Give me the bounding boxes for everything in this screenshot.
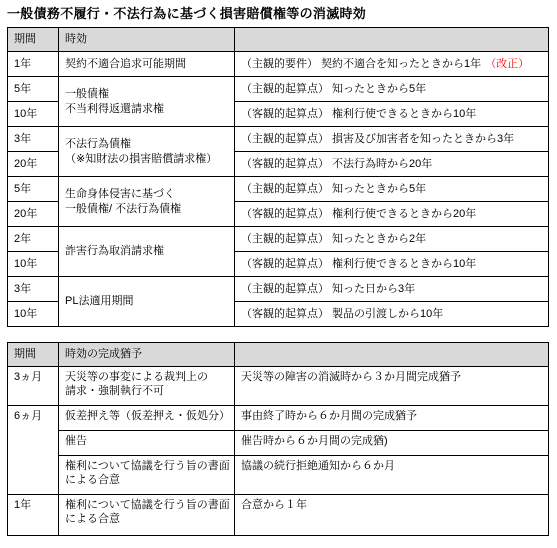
detail-cell: （客観的起算点） 権利行使できるときから20年	[235, 202, 549, 227]
table-row: 1年 契約不適合追求可能期間 （主観的要件） 契約不適合を知ったときから1年（改…	[8, 52, 549, 77]
detail-cell: 事由終了時から６か月間の完成猶予	[235, 406, 549, 431]
period-cell: 1年	[8, 52, 59, 77]
period-cell: 5年	[8, 77, 59, 102]
page-title: 一般債務不履行・不法行為に基づく損害賠償権等の消滅時効	[7, 3, 557, 22]
table1-header-detail	[235, 28, 549, 52]
table-row: 3年 不法行為債権 （※知財法の損害賠償請求権） （主観的起算点） 損害及び加害…	[8, 127, 549, 152]
revision-note: （改正）	[485, 58, 529, 70]
claim-cell: 権利について協議を行う旨の書面 による合意	[59, 495, 235, 536]
table2-header-detail	[235, 343, 549, 367]
detail-cell: （客観的起算点） 権利行使できるときから10年	[235, 252, 549, 277]
claim-cell: 不法行為債権 （※知財法の損害賠償請求権）	[59, 127, 235, 177]
period-cell: 3年	[8, 127, 59, 152]
claim-cell: 詐害行為取消請求権	[59, 227, 235, 277]
table-row: 権利について協議を行う旨の書面 による合意 協議の続行拒絶通知から６か月	[8, 456, 549, 495]
table-row: 5年 一般債権 不当利得返還請求権 （主観的起算点） 知ったときから5年	[8, 77, 549, 102]
detail-cell: （客観的起算点） 権利行使できるときから10年	[235, 102, 549, 127]
period-cell: 10年	[8, 102, 59, 127]
completion-suspension-table: 期間 時効の完成猶予 3ヵ月 天災等の事変による裁判上の 請求・強制執行不可 天…	[7, 342, 549, 536]
table1-header-period: 期間	[8, 28, 59, 52]
period-cell: 3年	[8, 277, 59, 302]
period-cell: 20年	[8, 152, 59, 177]
detail-cell: 協議の続行拒絶通知から６か月	[235, 456, 549, 495]
claim-cell: 契約不適合追求可能期間	[59, 52, 235, 77]
table-row: 催告 催告時から６か月間の完成猶)	[8, 431, 549, 456]
detail-cell: 天災等の障害の消滅時から３か月間完成猶予	[235, 367, 549, 406]
detail-cell: （主観的起算点） 知ったときから5年	[235, 177, 549, 202]
detail-cell: （主観的起算点） 損害及び加害者を知ったときから3年	[235, 127, 549, 152]
detail-cell: （主観的起算点） 知った日から3年	[235, 277, 549, 302]
claim-cell: 権利について協議を行う旨の書面 による合意	[59, 456, 235, 495]
period-cell: 10年	[8, 252, 59, 277]
period-cell: 10年	[8, 302, 59, 327]
detail-text: （主観的要件） 契約不適合を知ったときから1年	[241, 58, 481, 70]
table-row: 1年 権利について協議を行う旨の書面 による合意 合意から１年	[8, 495, 549, 536]
claim-cell: 催告	[59, 431, 235, 456]
claim-cell: PL法適用期間	[59, 277, 235, 327]
claim-cell: 仮差押え等（仮差押え・仮処分）	[59, 406, 235, 431]
detail-cell: 合意から１年	[235, 495, 549, 536]
detail-cell: （客観的起算点） 不法行為時から20年	[235, 152, 549, 177]
period-cell: 20年	[8, 202, 59, 227]
detail-cell: （主観的要件） 契約不適合を知ったときから1年（改正）	[235, 52, 549, 77]
prescription-periods-table: 期間 時効 1年 契約不適合追求可能期間 （主観的要件） 契約不適合を知ったとき…	[7, 27, 549, 327]
detail-cell: 催告時から６か月間の完成猶)	[235, 431, 549, 456]
table-row: 3年 PL法適用期間 （主観的起算点） 知った日から3年	[8, 277, 549, 302]
claim-cell: 天災等の事変による裁判上の 請求・強制執行不可	[59, 367, 235, 406]
period-cell: 2年	[8, 227, 59, 252]
detail-cell: （主観的起算点） 知ったときから2年	[235, 227, 549, 252]
period-cell: 1年	[8, 495, 59, 536]
table2-header-period: 期間	[8, 343, 59, 367]
period-cell: 3ヵ月	[8, 367, 59, 406]
detail-cell: （主観的起算点） 知ったときから5年	[235, 77, 549, 102]
table2-header-row: 期間 時効の完成猶予	[8, 343, 549, 367]
table-row: 3ヵ月 天災等の事変による裁判上の 請求・強制執行不可 天災等の障害の消滅時から…	[8, 367, 549, 406]
claim-cell: 生命身体侵害に基づく 一般債権/ 不法行為債権	[59, 177, 235, 227]
table1-header-row: 期間 時効	[8, 28, 549, 52]
table2-header-claim: 時効の完成猶予	[59, 343, 235, 367]
period-cell: 5年	[8, 177, 59, 202]
table1-header-claim: 時効	[59, 28, 235, 52]
claim-cell: 一般債権 不当利得返還請求権	[59, 77, 235, 127]
detail-cell: （客観的起算点） 製品の引渡しから10年	[235, 302, 549, 327]
table-row: 5年 生命身体侵害に基づく 一般債権/ 不法行為債権 （主観的起算点） 知ったと…	[8, 177, 549, 202]
table-row: 2年 詐害行為取消請求権 （主観的起算点） 知ったときから2年	[8, 227, 549, 252]
table-row: 6ヵ月 仮差押え等（仮差押え・仮処分） 事由終了時から６か月間の完成猶予	[8, 406, 549, 431]
document-page: 一般債務不履行・不法行為に基づく損害賠償権等の消滅時効 期間 時効 1年 契約不…	[0, 0, 557, 536]
period-cell: 6ヵ月	[8, 406, 59, 495]
